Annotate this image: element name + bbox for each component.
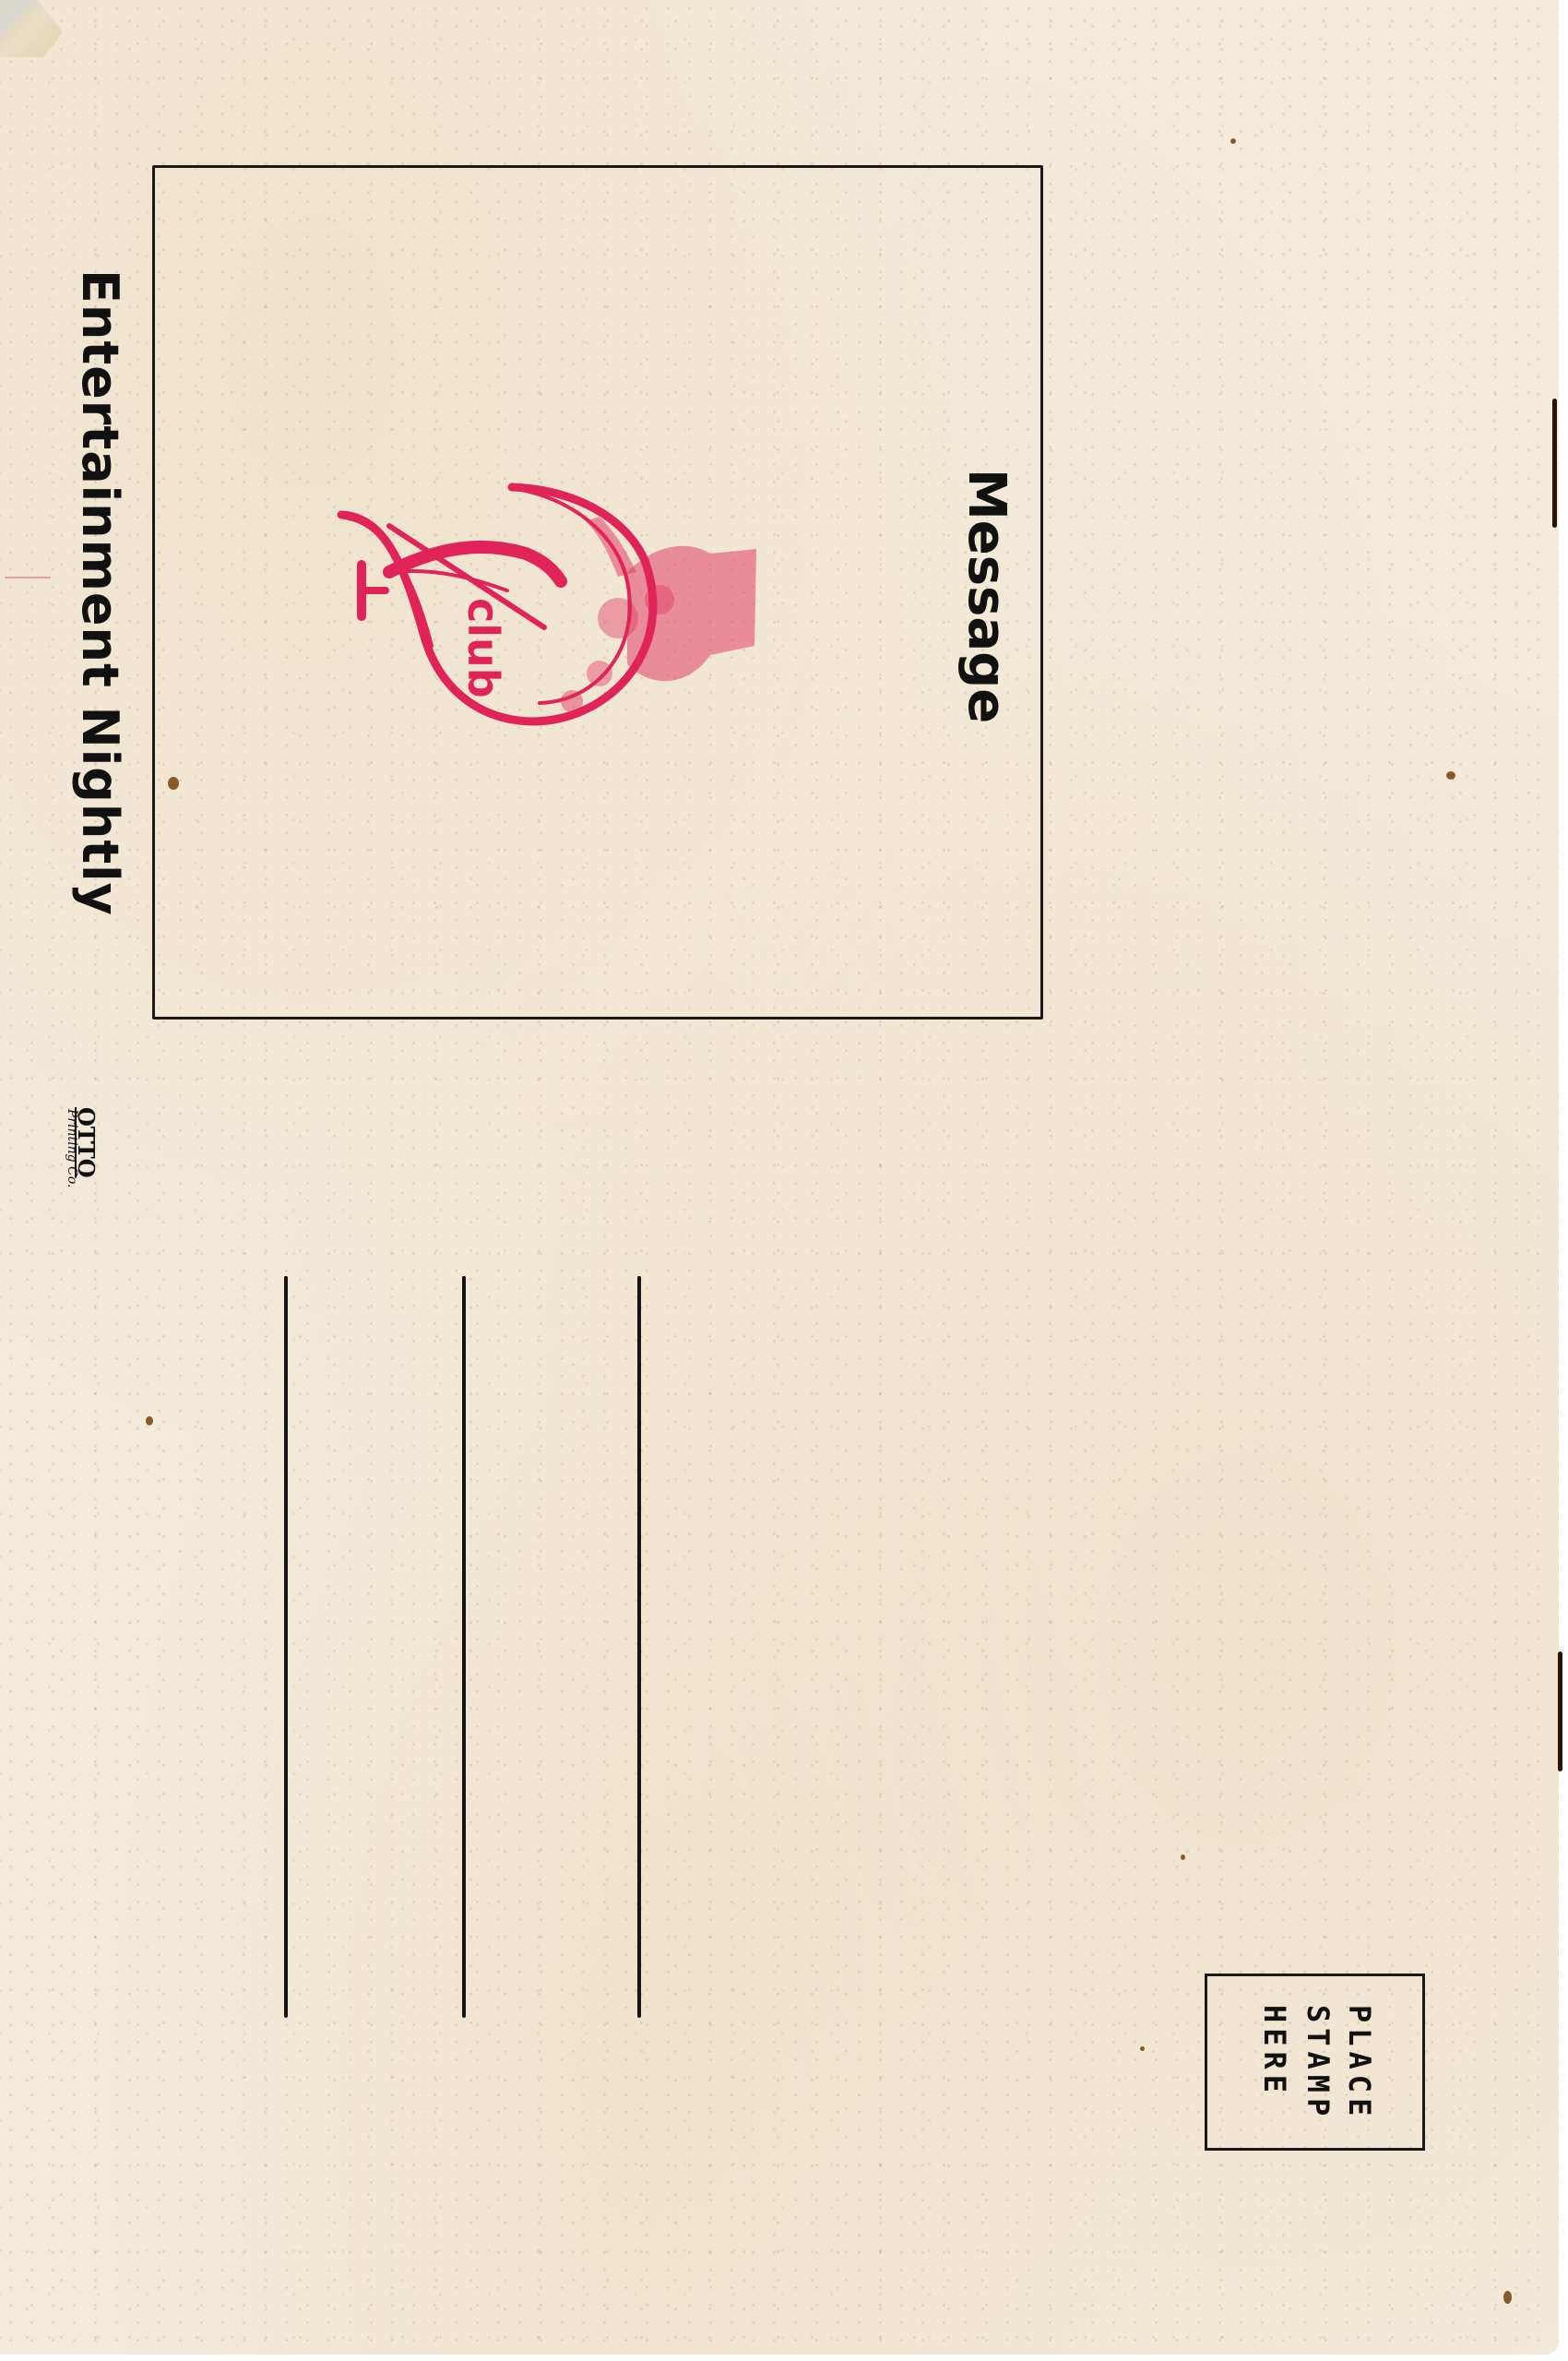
club-logo-text: club <box>458 598 508 698</box>
printer-mark: OTTO Printing Co. <box>37 1105 74 1207</box>
stain <box>168 777 179 790</box>
stamp-text-line-1: PLACE <box>1342 2005 1377 2121</box>
stain <box>1503 2291 1512 2304</box>
printer-subtitle: Printing Co. <box>65 1109 79 1187</box>
stain <box>1446 771 1455 780</box>
address-line-3 <box>637 1276 641 2018</box>
pink-ink-mark <box>5 577 51 578</box>
message-label: Message <box>956 469 1016 723</box>
edge-mark-bottom <box>1558 1652 1562 1771</box>
postcard-back: Entertainment Nightly Message <box>0 0 1559 2355</box>
stain <box>1181 1854 1185 1860</box>
stamp-text-line-3: HERE <box>1257 2005 1292 2098</box>
stamp-text-line-2: STAMP <box>1301 2005 1336 2121</box>
address-line-1 <box>284 1276 288 2018</box>
edge-mark-top <box>1552 399 1557 528</box>
folded-corner <box>0 0 63 57</box>
stain <box>146 1416 153 1425</box>
stain <box>1140 2046 1145 2051</box>
venue-tagline: Entertainment Nightly <box>71 269 129 916</box>
club-logo-icon: club <box>323 461 756 738</box>
stain <box>1230 138 1236 144</box>
stamp-box: PLACE STAMP HERE <box>1205 1973 1425 2151</box>
address-line-2 <box>462 1276 466 2018</box>
